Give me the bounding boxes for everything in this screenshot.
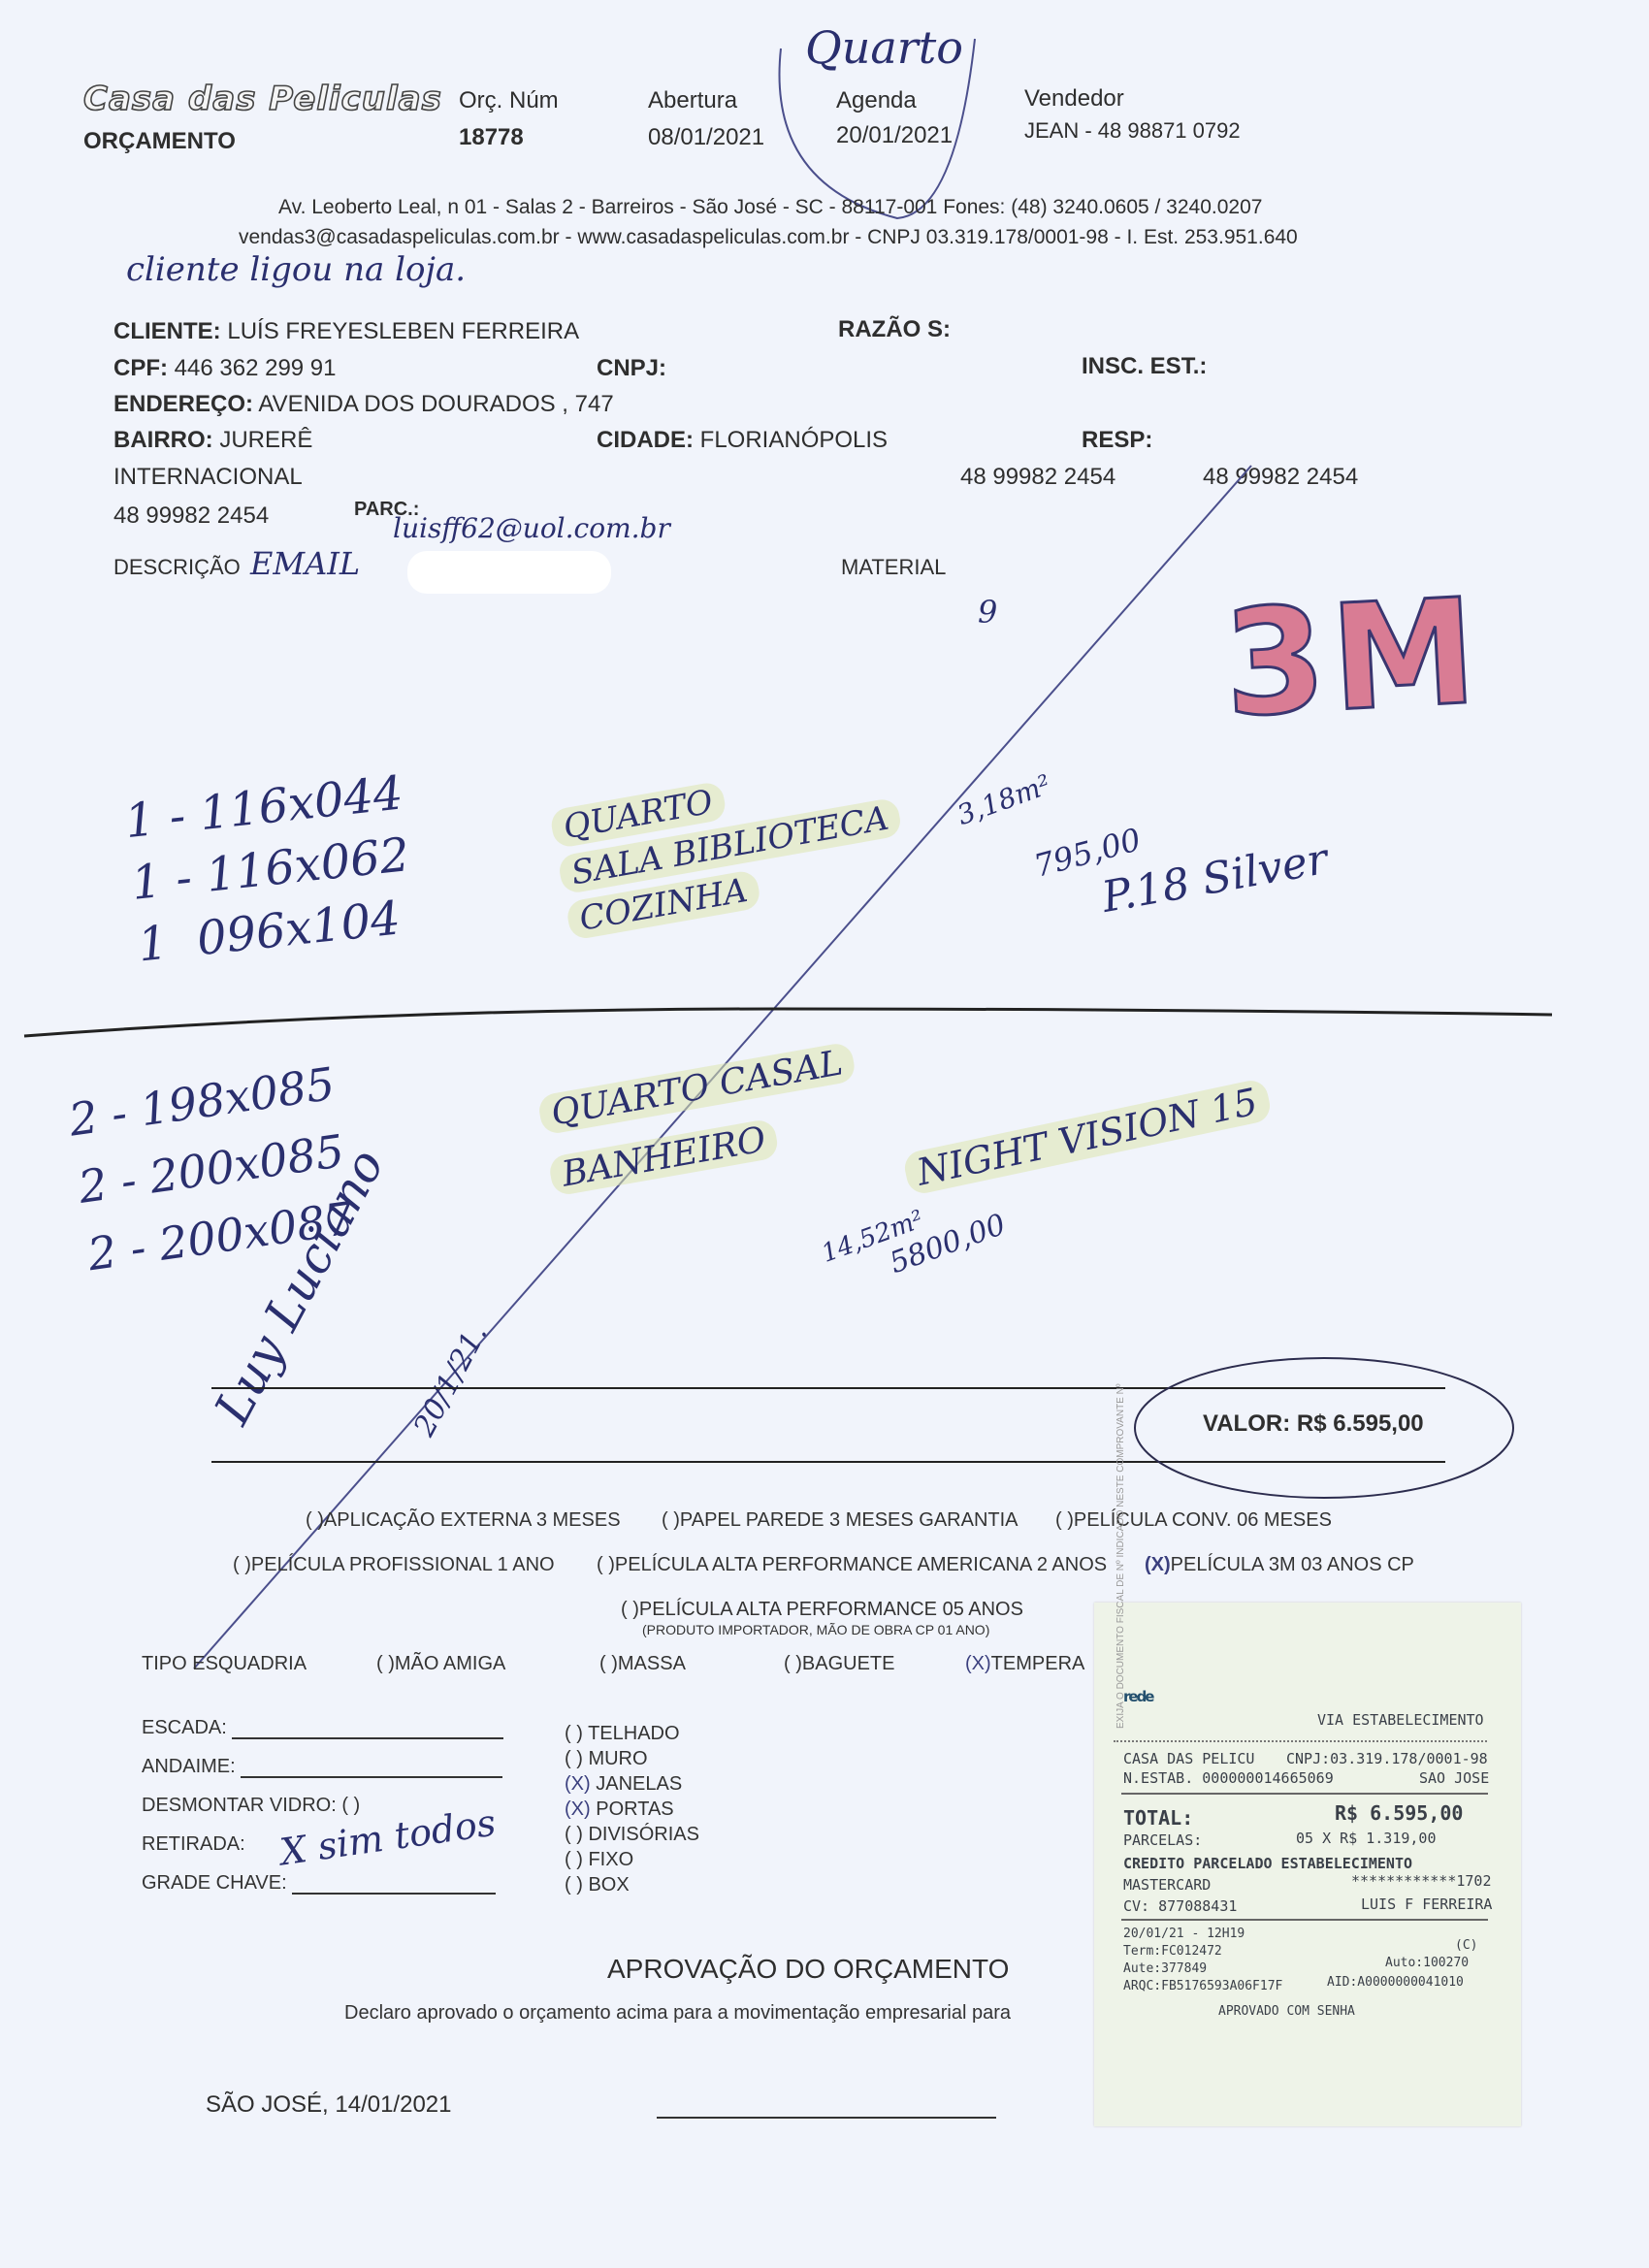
option-pelicula-conv[interactable]: ( )PELÍCULA CONV. 06 MESES: [1055, 1509, 1332, 1532]
total-value: VALOR: R$ 6.595,00: [1203, 1410, 1424, 1438]
receipt-holder: LUIS F FERREIRA: [1361, 1895, 1492, 1913]
approval-place-date: SÃO JOSÉ, 14/01/2021: [206, 2091, 452, 2119]
option-papel-parede[interactable]: ( )PAPEL PAREDE 3 MESES GARANTIA: [662, 1509, 1018, 1532]
warranty-note: (PRODUTO IMPORTADOR, MÃO DE OBRA CP 01 A…: [642, 1622, 989, 1637]
esquadria-massa[interactable]: ( )MASSA: [599, 1653, 686, 1675]
receipt-aid: AID:A0000000041010: [1327, 1975, 1464, 1990]
places-checklist: ( ) TELHADO ( ) MURO (X) JANELAS (X) POR…: [565, 1721, 699, 1897]
option-pelicula-3m[interactable]: (X)PELÍCULA 3M 03 ANOS CP: [1145, 1554, 1414, 1576]
receipt-code-c: (C): [1455, 1938, 1477, 1953]
esquadria-baguete[interactable]: ( )BAGUETE: [784, 1653, 894, 1675]
desmontar-vidro-field[interactable]: DESMONTAR VIDRO: ( ): [142, 1795, 360, 1817]
receipt-arqc: ARQC:FB5176593A06F17F: [1123, 1979, 1282, 1993]
esquadria-mao-amiga[interactable]: ( )MÃO AMIGA: [376, 1653, 505, 1675]
receipt-cnpj: CNPJ:03.319.178/0001-98: [1286, 1750, 1488, 1767]
receipt-type: CREDITO PARCELADO ESTABELECIMENTO: [1123, 1855, 1412, 1872]
receipt-auto: Auto:100270: [1385, 1956, 1469, 1970]
receipt-total-value: R$ 6.595,00: [1335, 1801, 1463, 1825]
esquadria-tempera[interactable]: (X)TEMPERA: [965, 1653, 1084, 1675]
items-group1-sizes: 1 - 116x044 1 - 116x062 1 096x104: [122, 761, 419, 976]
andaime-field[interactable]: ANDAIME:: [142, 1756, 502, 1778]
receipt-merchant: CASA DAS PELICU: [1123, 1750, 1254, 1767]
grade-chave-field[interactable]: GRADE CHAVE:: [142, 1872, 496, 1895]
receipt-side-note: EXIJA O DOCUMENTO FISCAL DE Nº INDICADO …: [1115, 1384, 1126, 1730]
receipt-parcelas-value: 05 X R$ 1.319,00: [1296, 1830, 1437, 1847]
receipt-divider: [1114, 1740, 1487, 1742]
option-aplicacao-externa[interactable]: ( )APLICAÇÃO EXTERNA 3 MESES: [306, 1509, 621, 1532]
esquadria-label: TIPO ESQUADRIA: [142, 1653, 307, 1675]
receipt-divider: [1121, 1793, 1488, 1795]
receipt-total-label: TOTAL:: [1123, 1806, 1193, 1830]
place-muro[interactable]: ( ) MURO: [565, 1746, 699, 1771]
receipt-status: APROVADO COM SENHA: [1218, 2004, 1355, 2019]
place-divisorias[interactable]: ( ) DIVISÓRIAS: [565, 1822, 699, 1847]
place-fixo[interactable]: ( ) FIXO: [565, 1847, 699, 1872]
approval-title: APROVAÇÃO DO ORÇAMENTO: [607, 1954, 1009, 1985]
option-pelicula-profissional[interactable]: ( )PELÍCULA PROFISSIONAL 1 ANO: [233, 1554, 555, 1576]
receipt-card-number: ************1702: [1351, 1872, 1492, 1890]
receipt-city: SAO JOSE: [1419, 1769, 1489, 1787]
receipt-cv: CV: 877088431: [1123, 1897, 1237, 1915]
rede-logo: rede: [1123, 1688, 1152, 1705]
escada-field[interactable]: ESCADA:: [142, 1717, 503, 1739]
place-janelas[interactable]: (X) JANELAS: [565, 1771, 699, 1797]
signature-line[interactable]: [657, 2117, 996, 2119]
place-portas[interactable]: (X) PORTAS: [565, 1797, 699, 1822]
place-telhado[interactable]: ( ) TELHADO: [565, 1721, 699, 1746]
option-pelicula-alta-5anos[interactable]: ( )PELÍCULA ALTA PERFORMANCE 05 ANOS: [621, 1599, 1023, 1621]
receipt-term: Term:FC012472: [1123, 1944, 1222, 1959]
card-receipt: EXIJA O DOCUMENTO FISCAL DE Nº INDICADO …: [1094, 1603, 1521, 2126]
receipt-parcelas-label: PARCELAS:: [1123, 1831, 1202, 1849]
receipt-via: VIA ESTABELECIMENTO: [1317, 1711, 1484, 1729]
place-box[interactable]: ( ) BOX: [565, 1872, 699, 1897]
option-pelicula-americana[interactable]: ( )PELÍCULA ALTA PERFORMANCE AMERICANA 2…: [597, 1554, 1107, 1576]
retirada-field[interactable]: RETIRADA:: [142, 1833, 245, 1856]
receipt-card-brand: MASTERCARD: [1123, 1876, 1211, 1894]
receipt-datetime: 20/01/21 - 12H19: [1123, 1927, 1245, 1941]
receipt-divider: [1121, 1919, 1488, 1921]
receipt-aute: Aute:377849: [1123, 1961, 1207, 1976]
receipt-estab: N.ESTAB. 000000014665069: [1123, 1769, 1334, 1787]
approval-text: Declaro aprovado o orçamento acima para …: [344, 2002, 1011, 2025]
